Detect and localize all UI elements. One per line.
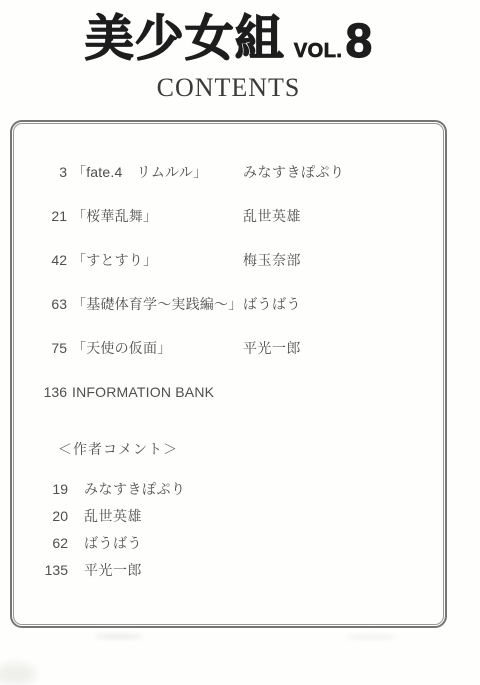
book-title-japanese: 美少女組: [85, 15, 285, 64]
entry-author: 乱世英雄: [243, 209, 433, 224]
entry-author: ばうばう: [243, 297, 433, 312]
author-comments-list: 19 みなすきぽぷり 20 乱世英雄 62 ばうばう 135 平光一郎: [22, 482, 433, 578]
toc-entry: 3 「fate.4 リムルル」 みなすきぽぷり: [22, 165, 433, 180]
contents-box-border-inner: 3 「fate.4 リムルル」 みなすきぽぷり 21 「桜華乱舞」 乱世英雄 4…: [13, 123, 444, 625]
book-title: 美少女組 VOL. 8: [10, 0, 447, 64]
page-number: 63: [22, 297, 67, 312]
comment-entry: 20 乱世英雄: [22, 509, 433, 524]
entry-author: 乱世英雄: [84, 509, 433, 524]
page-number: 62: [22, 536, 68, 551]
toc-list: 3 「fate.4 リムルル」 みなすきぽぷり 21 「桜華乱舞」 乱世英雄 4…: [22, 165, 433, 400]
contents-heading: CONTENTS: [10, 75, 447, 101]
entry-title: 「基礎体育学～実践編～」: [72, 297, 238, 312]
entry-author: みなすきぽぷり: [84, 482, 433, 497]
entry-author: 平光一郎: [84, 563, 433, 578]
page-number: 136: [22, 385, 67, 400]
contents-box: 3 「fate.4 リムルル」 みなすきぽぷり 21 「桜華乱舞」 乱世英雄 4…: [14, 124, 443, 578]
page-number: 75: [22, 341, 67, 356]
entry-title: 「すとすり」: [72, 253, 238, 268]
page-number: 21: [22, 209, 67, 224]
page-number: 19: [22, 482, 68, 497]
contents-page: 美少女組 VOL. 8 CONTENTS 3 「fate.4 リムルル」 みなす…: [0, 0, 480, 685]
page-header: 美少女組 VOL. 8 CONTENTS: [10, 0, 447, 101]
scan-artifact: [95, 634, 143, 639]
page-number: 3: [22, 165, 67, 180]
comment-entry: 135 平光一郎: [22, 563, 433, 578]
page-number: 20: [22, 509, 68, 524]
toc-entry: 63 「基礎体育学～実践編～」 ばうばう: [22, 297, 433, 312]
volume-label: VOL.: [294, 41, 343, 61]
entry-title: 「fate.4 リムルル」: [72, 165, 238, 180]
entry-author: 平光一郎: [243, 341, 433, 356]
toc-entry: 42 「すとすり」 梅玉奈部: [22, 253, 433, 268]
entry-title: 「桜華乱舞」: [72, 209, 238, 224]
page-number: 42: [22, 253, 67, 268]
page-number: 135: [22, 563, 68, 578]
volume-number: 8: [345, 19, 372, 64]
contents-box-border-outer: 3 「fate.4 リムルル」 みなすきぽぷり 21 「桜華乱舞」 乱世英雄 4…: [10, 120, 447, 628]
entry-title: INFORMATION BANK: [72, 385, 238, 400]
toc-entry: 136 INFORMATION BANK: [22, 385, 433, 400]
entry-author: [243, 385, 433, 400]
comment-entry: 62 ばうばう: [22, 536, 433, 551]
entry-author: ばうばう: [84, 536, 433, 551]
toc-entry: 75 「天使の仮面」 平光一郎: [22, 341, 433, 356]
entry-author: 梅玉奈部: [243, 253, 433, 268]
entry-author: みなすきぽぷり: [243, 165, 433, 180]
comment-entry: 19 みなすきぽぷり: [22, 482, 433, 497]
scan-artifact: [0, 663, 36, 685]
toc-entry: 21 「桜華乱舞」 乱世英雄: [22, 209, 433, 224]
scan-artifact: [345, 635, 397, 639]
entry-title: 「天使の仮面」: [72, 341, 238, 356]
author-comments-heading: ＜作者コメント＞: [58, 442, 433, 457]
